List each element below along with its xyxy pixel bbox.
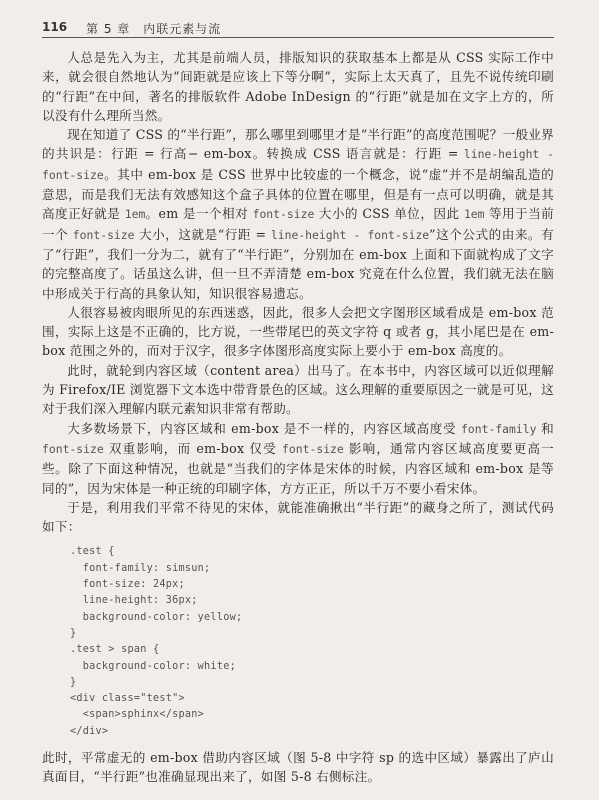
text: 。em 是一个相对 <box>145 206 252 221</box>
inline-code: font-size <box>42 442 104 456</box>
paragraph-3: 人很容易被肉眼所见的东西迷惑，因此，很多人会把文字图形区域看成是 em-box … <box>42 303 554 361</box>
code-block: .test { font-family: simsun; font-size: … <box>70 544 554 740</box>
paragraph-6: 于是，利用我们平常不待见的宋体，就能准确揪出“半行距”的藏身之所了，测试代码如下… <box>42 498 554 537</box>
running-header: 116 第 5 章 内联元素与流 <box>42 17 554 38</box>
page-body: 人总是先入为主，尤其是前端人员，排版知识的获取基本上都是从 CSS 实际工作中来… <box>42 48 554 787</box>
text: 和 <box>536 421 554 436</box>
text: 双重影响，而 em-box 仅受 <box>104 441 282 456</box>
inline-code: font-size <box>282 442 344 456</box>
paragraph-4: 此时，就轮到内容区域（content area）出马了。在本书中，内容区域可以近… <box>42 361 554 419</box>
paragraph-5: 大多数场景下，内容区域和 em-box 是不一样的，内容区域高度受 font-f… <box>42 419 554 498</box>
inline-code: font-family <box>461 422 536 436</box>
inline-code: 1em <box>125 207 146 221</box>
chapter-title: 第 5 章 内联元素与流 <box>86 20 221 37</box>
inline-code: 1em <box>464 207 485 221</box>
inline-code: font-size <box>73 228 135 242</box>
text: 大多数场景下，内容区域和 em-box 是不一样的，内容区域高度受 <box>67 421 461 436</box>
inline-code: line-height - font-size <box>271 228 429 242</box>
paragraph-7: 此时，平常虚无的 em-box 借助内容区域（图 5-8 中字符 sp 的选中区… <box>42 748 554 787</box>
paragraph-1: 人总是先入为主，尤其是前端人员，排版知识的获取基本上都是从 CSS 实际工作中来… <box>42 48 554 125</box>
paragraph-2: 现在知道了 CSS 的“半行距”，那么哪里到哪里才是“半行距”的高度范围呢？一般… <box>42 125 554 303</box>
text: 大小，这就是“行距 = <box>135 227 271 242</box>
inline-code: font-size <box>253 207 315 221</box>
page-number: 116 <box>42 20 67 34</box>
text: 大小的 CSS 单位，因此 <box>314 206 464 221</box>
